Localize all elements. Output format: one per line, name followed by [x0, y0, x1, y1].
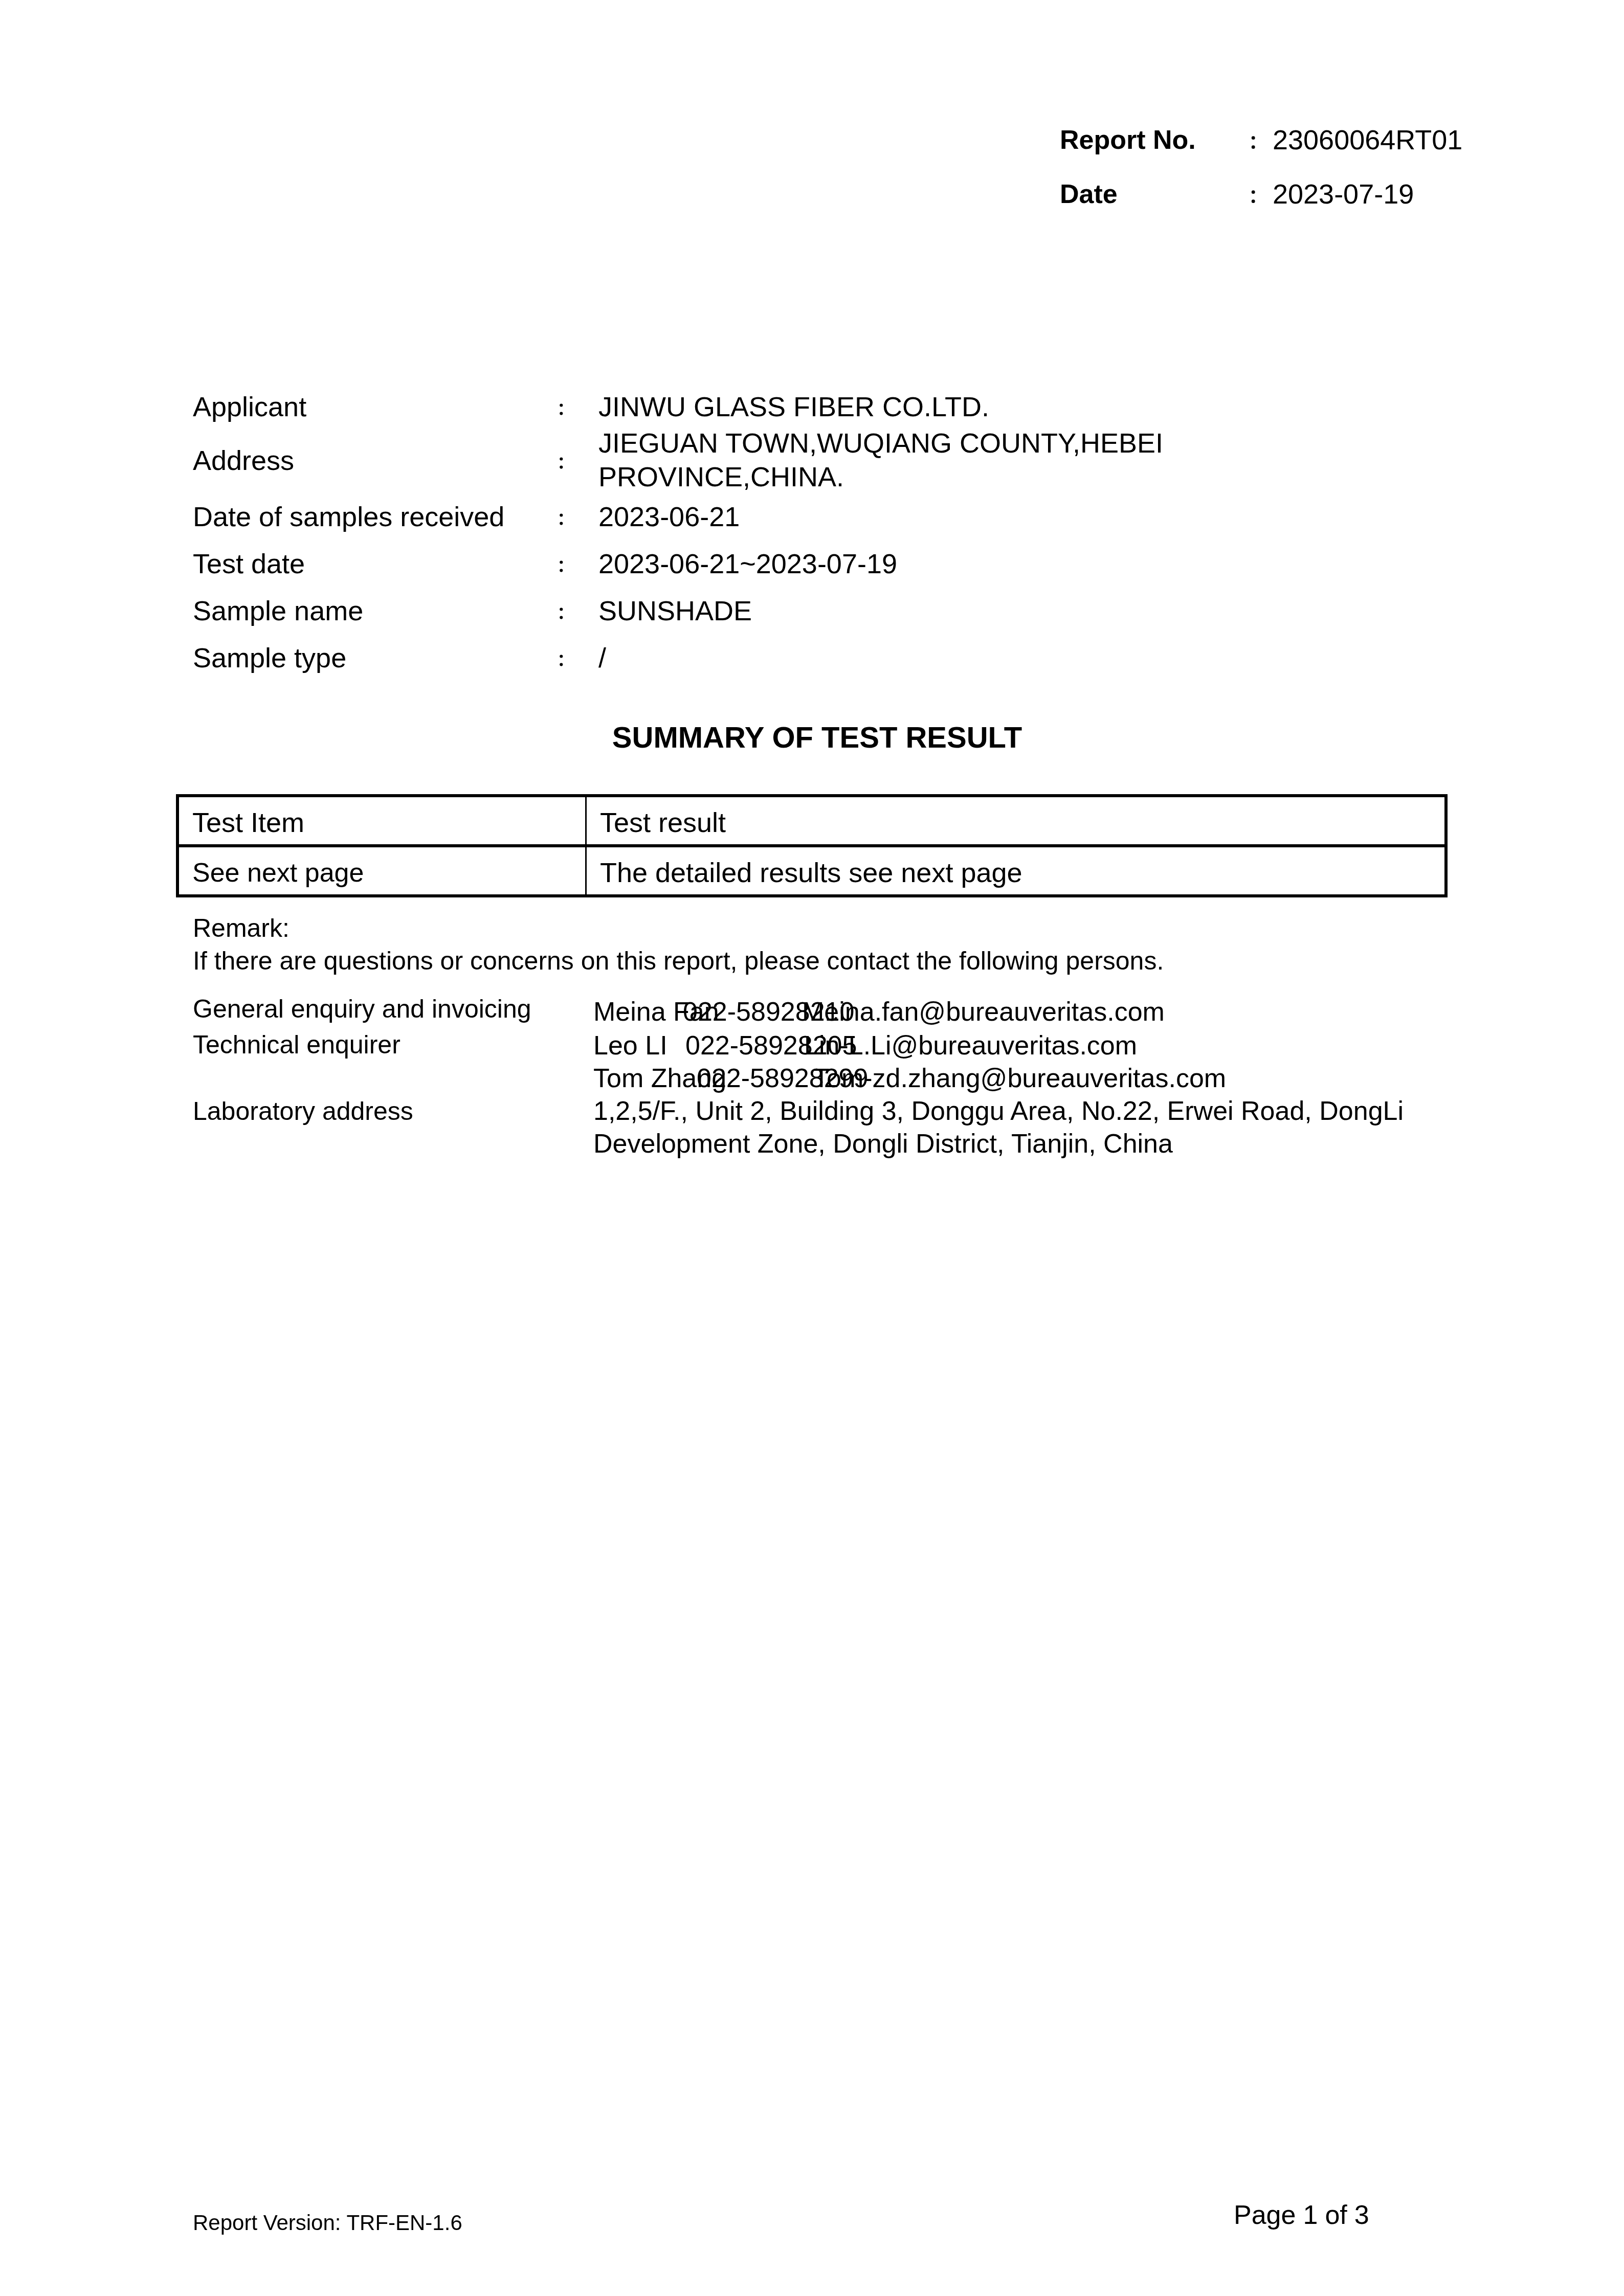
applicant-value: JINWU GLASS FIBER CO.LTD. [598, 391, 989, 423]
applicant-label: Applicant [193, 391, 306, 423]
address-value-line-2: PROVINCE,CHINA. [598, 461, 844, 493]
report-no-label: Report No. [1060, 125, 1196, 155]
remark-title: Remark: [193, 913, 290, 943]
address-label: Address [193, 445, 294, 477]
date-received-label: Date of samples received [193, 501, 504, 533]
table-header-test-result: Test result [586, 796, 1447, 846]
technical-enquirer-label: Technical enquirer [193, 1030, 401, 1060]
date-colon: ： [1248, 181, 1271, 212]
table-header-test-item: Test Item [177, 796, 586, 846]
table-row: See next page The detailed results see n… [177, 846, 1446, 896]
address-value-line-1: JIEGUAN TOWN,WUQIANG COUNTY,HEBEI [598, 427, 1163, 459]
contact-email[interactable]: Lin-L.Li@bureauveritas.com [804, 1031, 1137, 1061]
report-version: Report Version: TRF-EN-1.6 [193, 2210, 462, 2236]
test-date-colon: ： [557, 550, 577, 581]
date-label: Date [1060, 179, 1118, 210]
date-value: 2023-07-19 [1273, 179, 1414, 210]
table-header-row: Test Item Test result [177, 796, 1446, 846]
page-word: Page [1234, 2200, 1296, 2230]
lab-address-label: Laboratory address [193, 1096, 413, 1126]
lab-address-line-2: Development Zone, Dongli District, Tianj… [593, 1129, 1173, 1159]
contact-email[interactable]: Meina.fan@bureauveritas.com [802, 997, 1165, 1027]
table-cell-test-result: The detailed results see next page [586, 846, 1447, 896]
page-total: 3 [1354, 2200, 1369, 2230]
test-date-value: 2023-06-21~2023-07-19 [598, 548, 897, 580]
lab-address-line-1: 1,2,5/F., Unit 2, Building 3, Donggu Are… [593, 1096, 1404, 1126]
report-no-colon: ： [1248, 127, 1271, 157]
remark-text: If there are questions or concerns on th… [193, 946, 1164, 976]
sample-name-label: Sample name [193, 595, 363, 627]
sample-name-colon: ： [557, 597, 577, 628]
contact-name: Leo LI [593, 1031, 668, 1061]
page-current: 1 [1303, 2200, 1318, 2230]
sample-type-value: / [598, 642, 606, 674]
sample-name-value: SUNSHADE [598, 595, 752, 627]
summary-table: Test Item Test result See next page The … [176, 794, 1448, 897]
sample-type-label: Sample type [193, 642, 346, 674]
contact-email[interactable]: Tom-zd.zhang@bureauveritas.com [813, 1064, 1226, 1093]
test-date-label: Test date [193, 548, 305, 580]
report-no-value: 23060064RT01 [1273, 125, 1462, 155]
summary-title: SUMMARY OF TEST RESULT [0, 721, 1624, 755]
table-cell-test-item: See next page [177, 846, 586, 896]
address-colon: ： [557, 446, 577, 478]
general-enquiry-label: General enquiry and invoicing [193, 994, 531, 1024]
page-of: of [1325, 2200, 1347, 2230]
applicant-colon: ： [557, 393, 577, 424]
date-received-colon: ： [557, 503, 577, 534]
sample-type-colon: ： [557, 644, 577, 676]
page-indicator: Page1of3 [1234, 2200, 1376, 2231]
date-received-value: 2023-06-21 [598, 501, 740, 533]
